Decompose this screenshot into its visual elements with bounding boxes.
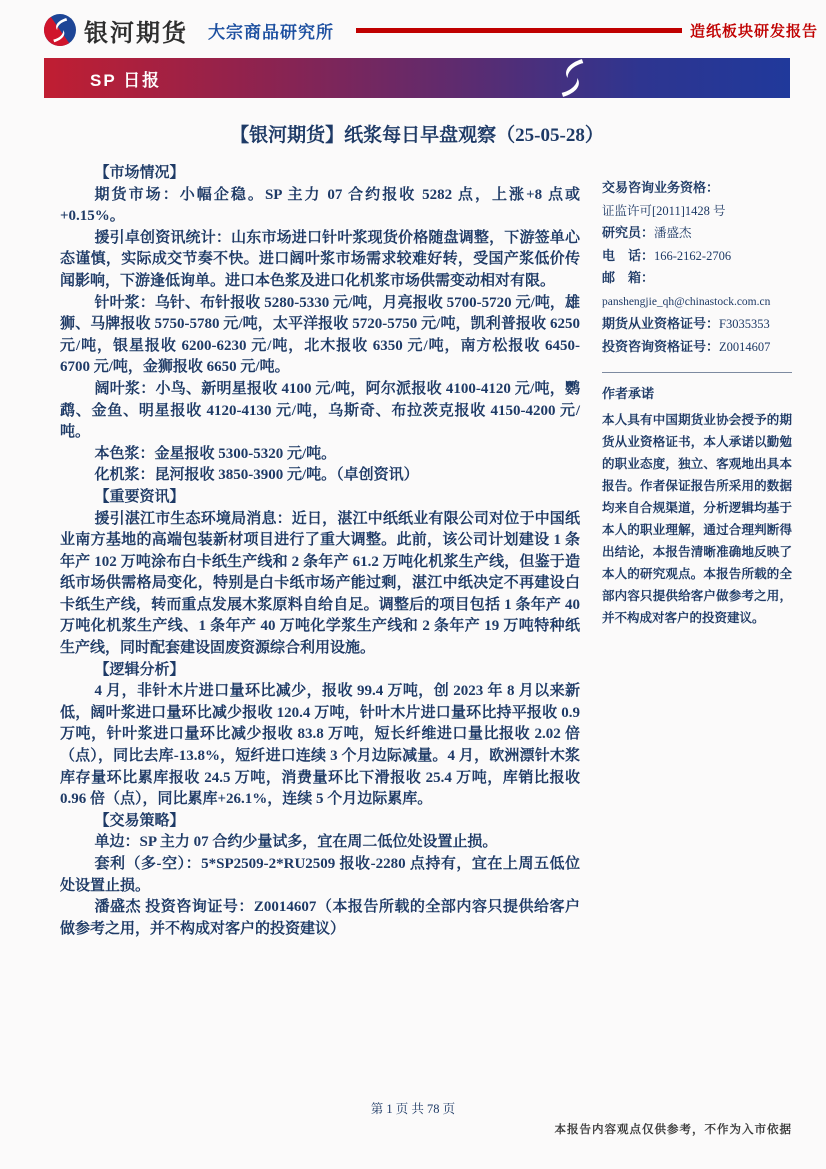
sidebar-row-email: panshengjie_qh@chinastock.com.cn <box>602 290 792 314</box>
sidebar-row-phone: 电 话：166-2162-2706 <box>602 245 792 268</box>
sidebar-row-license: 证监许可[2011]1428 号 <box>602 200 792 223</box>
content-columns: 【市场情况】 期货市场：小幅企稳。SP 主力 07 合约报收 5282 点，上涨… <box>60 163 790 940</box>
report-page: 银河期货 大宗商品研究所 造纸板块研发报告 SP 日报 【银河期货】纸浆每日早盘… <box>0 0 826 1169</box>
sidebar-row-advisory-cert: 投资咨询资格证号：Z0014607 <box>602 336 792 359</box>
brand-name: 银河期货 <box>84 13 188 48</box>
paragraph: 针叶浆：乌针、布针报收 5280-5330 元/吨，月亮报收 5700-5720… <box>60 293 580 379</box>
section-heading-strategy: 【交易策略】 <box>60 811 580 833</box>
section-heading-news: 【重要资讯】 <box>60 487 580 509</box>
header-red-rule <box>356 28 682 33</box>
banner-swoosh-icon <box>559 59 586 97</box>
paragraph: 援引卓创资讯统计：山东市场进口针叶浆现货价格随盘调整，下游签单心态谨慎，实际成交… <box>60 228 580 293</box>
header-brand-row: 银河期货 大宗商品研究所 造纸板块研发报告 <box>44 10 818 50</box>
analyst-sidebar: 交易咨询业务资格： 证监许可[2011]1428 号 研究员：潘盛杰 电 话：1… <box>602 163 792 940</box>
paragraph: 本色浆：金星报收 5300-5320 元/吨。 <box>60 444 580 466</box>
page-number: 第 1 页 共 78 页 <box>0 1099 826 1117</box>
report-tag: 造纸板块研发报告 <box>690 20 818 41</box>
sidebar-row-email-label: 邮 箱： <box>602 267 792 290</box>
sidebar-row-researcher: 研究员：潘盛杰 <box>602 222 792 245</box>
galaxy-logo-icon <box>44 14 76 46</box>
section-heading-market: 【市场情况】 <box>60 163 580 185</box>
author-commitment-text: 本人具有中国期货业协会授予的期货从业资格证书，本人承诺以勤勉的职业态度，独立、客… <box>602 409 792 629</box>
section-heading-logic: 【逻辑分析】 <box>60 660 580 682</box>
paragraph: 期货市场：小幅企稳。SP 主力 07 合约报收 5282 点，上涨+8 点或 +… <box>60 185 580 228</box>
paragraph: 化机浆：昆河报收 3850-3900 元/吨。（卓创资讯） <box>60 465 580 487</box>
paragraph: 潘盛杰 投资咨询证号：Z0014607（本报告所载的全部内容只提供给客户做参考之… <box>60 897 580 940</box>
author-commitment-title: 作者承诺 <box>602 383 792 405</box>
institute-name: 大宗商品研究所 <box>208 18 334 43</box>
report-body: 【市场情况】 期货市场：小幅企稳。SP 主力 07 合约报收 5282 点，上涨… <box>60 163 580 940</box>
sidebar-row-qualification: 交易咨询业务资格： <box>602 177 792 200</box>
paragraph: 援引湛江市生态环境局消息：近日，湛江中纸纸业有限公司对位于中国纸业南方基地的高端… <box>60 509 580 660</box>
banner: SP 日报 <box>44 58 790 98</box>
paragraph: 套利（多-空）：5*SP2509-2*RU2509 报收-2280 点持有，宜在… <box>60 854 580 897</box>
sidebar-divider <box>602 372 792 373</box>
sidebar-row-futures-cert: 期货从业资格证号：F3035353 <box>602 313 792 336</box>
banner-title: SP 日报 <box>90 66 161 91</box>
report-title: 【银河期货】纸浆每日早盘观察（25-05-28） <box>44 120 790 147</box>
paragraph: 阔叶浆：小鸟、新明星报收 4100 元/吨，阿尔派报收 4100-4120 元/… <box>60 379 580 444</box>
footer-disclaimer: 本报告内容观点仅供参考，不作为入市依据 <box>555 1121 793 1137</box>
paragraph: 单边：SP 主力 07 合约少量试多，宜在周二低位处设置止损。 <box>60 832 580 854</box>
paragraph: 4 月，非针木片进口量环比减少，报收 99.4 万吨，创 2023 年 8 月以… <box>60 681 580 811</box>
